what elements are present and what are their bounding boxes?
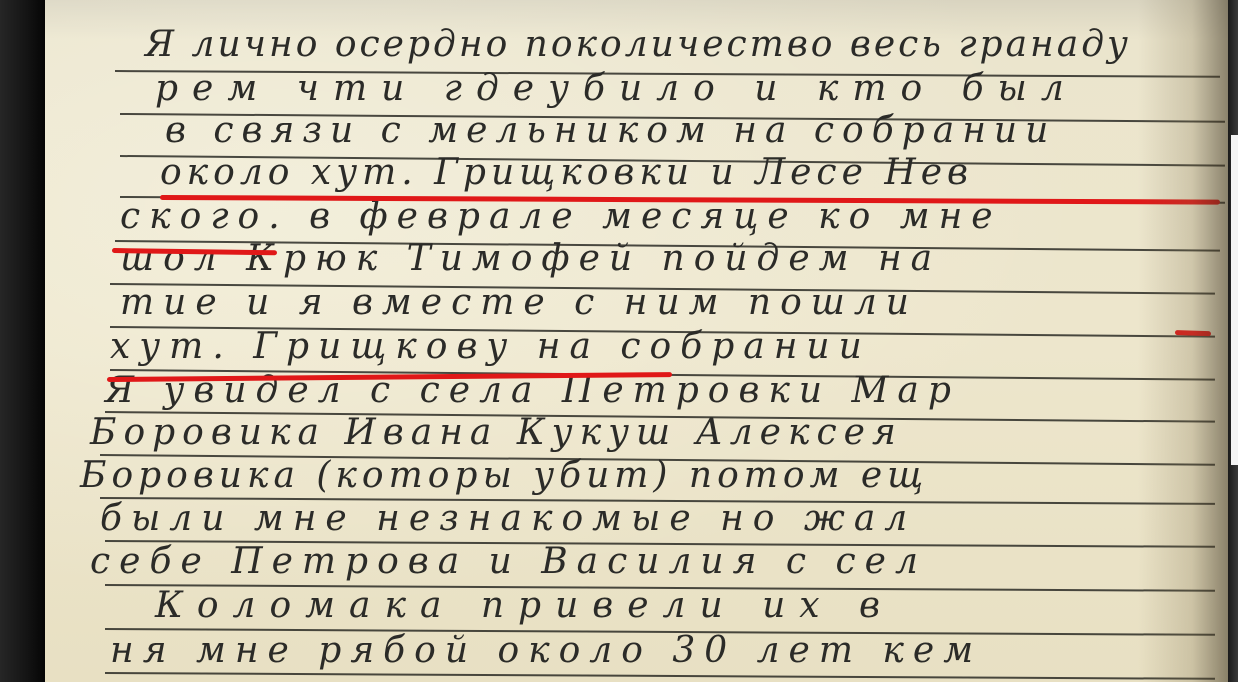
handwritten-line-14: Коломака привели их в	[155, 585, 894, 626]
ruled-line	[105, 672, 1215, 680]
handwritten-line-10: Боровика Ивана Кукуш Алексея	[90, 412, 903, 453]
handwritten-line-11: Боровика (которы убит) потом ещ	[80, 455, 928, 496]
scan-right-border	[1228, 0, 1238, 682]
handwritten-line-1: Я лично осердно поколичество весь гранад…	[145, 24, 1131, 65]
handwritten-line-8: хут. Грищкову на собрании	[110, 326, 871, 367]
handwritten-line-12: были мне незнакомые но жал	[100, 498, 916, 539]
scan-right-white-strip	[1231, 135, 1238, 465]
handwritten-line-4: около хут. Грищковки и Лесе Нев	[160, 152, 973, 193]
handwritten-line-15: ня мне рябой около 30 лет кем	[110, 630, 982, 671]
handwritten-line-13: себе Петрова и Василия с сел	[90, 541, 927, 582]
handwritten-line-6: шол Крюк Тимофей пойдем на	[120, 238, 941, 279]
document-page: Я лично осердно поколичество весь гранад…	[45, 0, 1228, 682]
scan-left-border	[0, 0, 45, 682]
handwritten-line-2: рем чти гдеубило и кто был	[155, 68, 1078, 109]
handwritten-line-3: в связи с мельником на собрании	[165, 110, 1056, 151]
handwritten-line-7: тие и я вместе с ним пошли	[120, 282, 918, 323]
